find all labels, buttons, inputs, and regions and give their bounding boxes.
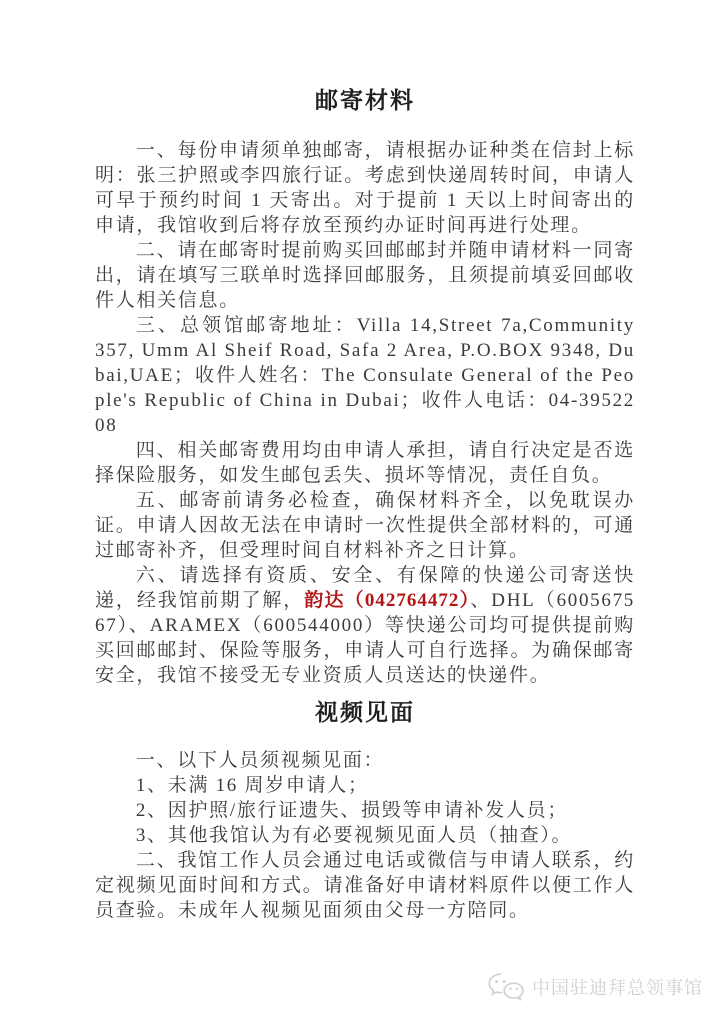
wechat-icon	[487, 972, 525, 1002]
para-mailing-2: 二、请在邮寄时提前购买回邮邮封并随申请材料一同寄出，请在填写三联单时选择回邮服务…	[95, 238, 635, 313]
para-mailing-3: 三、总领馆邮寄地址：Villa 14,Street 7a,Community 3…	[95, 313, 635, 438]
section-title-mailing: 邮寄材料	[95, 86, 635, 114]
video-item-1: 1、未满 16 周岁申请人；	[95, 773, 635, 798]
video-item-2: 2、因护照/旅行证遗失、损毁等申请补发人员；	[95, 798, 635, 823]
official-account-watermark: 中国驻迪拜总领事馆	[487, 972, 703, 1002]
document-content: 邮寄材料 一、每份申请须单独邮寄，请根据办证种类在信封上标明：张三护照或李四旅行…	[0, 0, 725, 923]
video-item-3: 3、其他我馆认为有必要视频见面人员（抽查）。	[95, 823, 635, 848]
para-mailing-6: 六、请选择有资质、安全、有保障的快递公司寄送快递，经我馆前期了解，韵达（0427…	[95, 563, 635, 688]
document-page: 邮寄材料 一、每份申请须单独邮寄，请根据办证种类在信封上标明：张三护照或李四旅行…	[0, 0, 725, 1024]
para-mailing-1: 一、每份申请须单独邮寄，请根据办证种类在信封上标明：张三护照或李四旅行证。考虑到…	[95, 138, 635, 238]
para-mailing-5: 五、邮寄前请务必检查，确保材料齐全，以免耽误办证。申请人因故无法在申请时一次性提…	[95, 488, 635, 563]
watermark-label: 中国驻迪拜总领事馆	[532, 974, 703, 1000]
courier-yunda-highlight: 韵达（042764472）	[304, 590, 470, 611]
para-video-2: 二、我馆工作人员会通过电话或微信与申请人联系，约定视频见面时间和方式。请准备好申…	[95, 848, 635, 923]
para-mailing-4: 四、相关邮寄费用均由申请人承担，请自行决定是否选择保险服务，如发生邮包丢失、损坏…	[95, 438, 635, 488]
video-intro-line: 一、以下人员须视频见面：	[95, 748, 635, 773]
section-title-video: 视频见面	[95, 698, 635, 726]
